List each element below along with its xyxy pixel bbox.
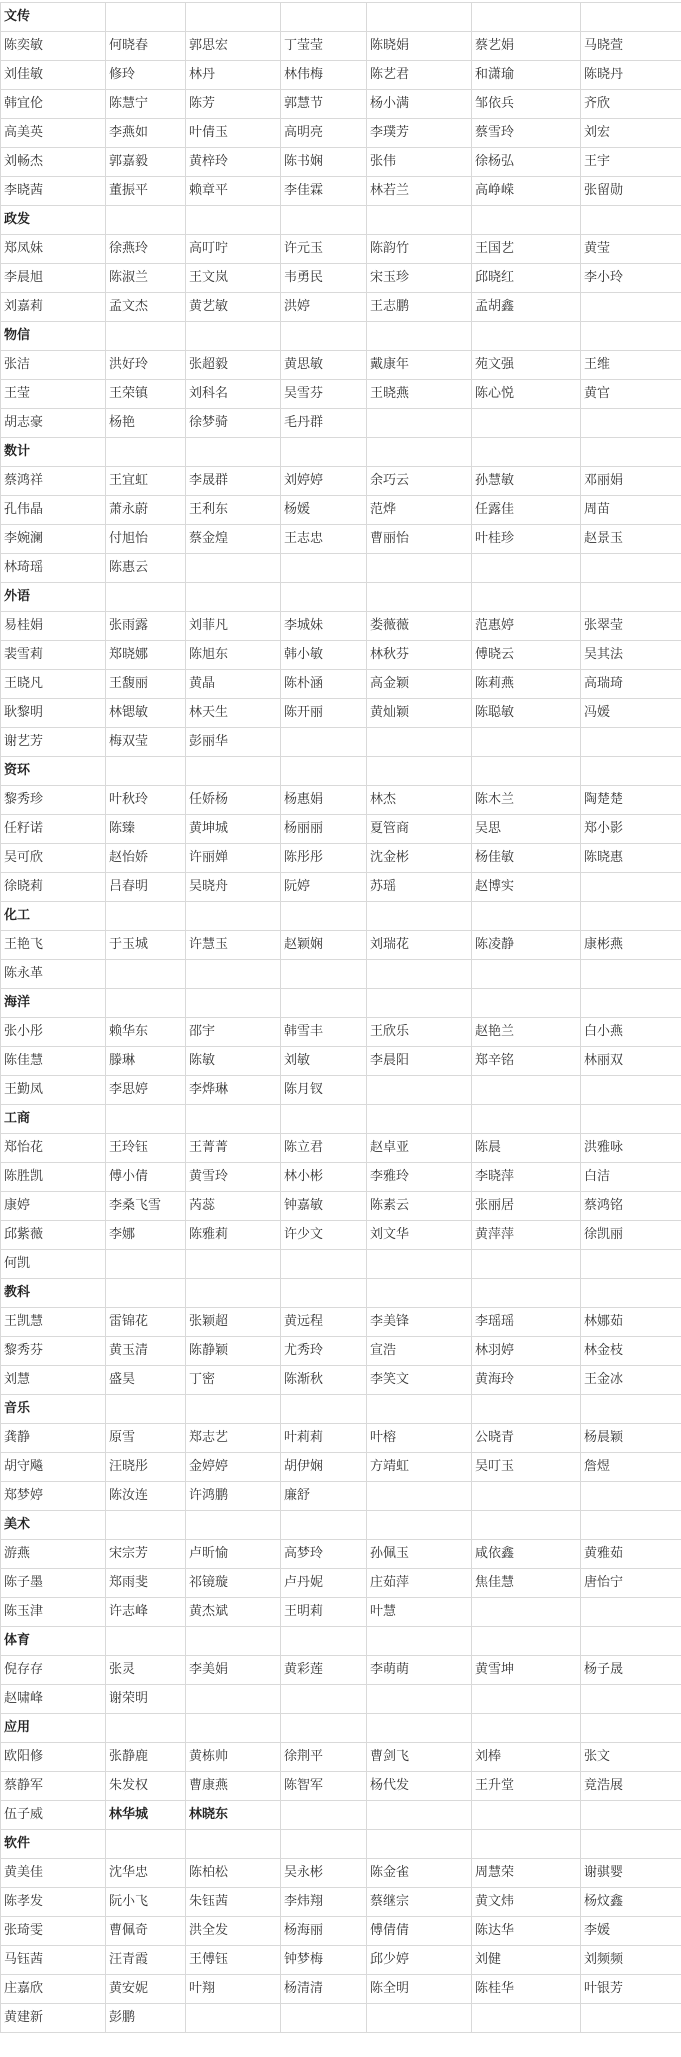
table-row: 易桂娟张雨露刘菲凡李城妹娄薇薇范惠婷张翠莹 <box>1 612 681 641</box>
empty-cell <box>106 206 186 235</box>
table-row: 蔡鸿祥王宜虹李晟群刘婷婷余巧云孙慧敏邓丽娟 <box>1 467 681 496</box>
name-cell: 陈开丽 <box>281 699 367 728</box>
empty-cell <box>106 1250 186 1279</box>
name-cell: 刘频频 <box>581 1946 681 1975</box>
empty-cell <box>106 583 186 612</box>
name-cell: 陈达华 <box>472 1917 581 1946</box>
table-row: 王晓凡王馥丽黄晶陈朴涵高金颖陈莉燕高瑞琦 <box>1 670 681 699</box>
name-cell: 黄梓玲 <box>186 148 281 177</box>
name-cell: 高明亮 <box>281 119 367 148</box>
name-cell: 徐燕玲 <box>106 235 186 264</box>
name-cell: 庄茹萍 <box>367 1569 472 1598</box>
name-cell: 黄玉清 <box>106 1337 186 1366</box>
name-cell: 余巧云 <box>367 467 472 496</box>
name-cell: 谢荣明 <box>106 1685 186 1714</box>
name-cell: 方靖虹 <box>367 1453 472 1482</box>
name-cell: 许少文 <box>281 1221 367 1250</box>
name-cell: 张颖超 <box>186 1308 281 1337</box>
empty-cell <box>186 757 281 786</box>
empty-cell <box>472 960 581 989</box>
name-cell: 梅双莹 <box>106 728 186 757</box>
section-title: 数计 <box>1 438 106 467</box>
name-cell: 陶楚楚 <box>581 786 681 815</box>
name-cell: 陈静颖 <box>186 1337 281 1366</box>
table-row: 刘畅杰郭嘉毅黄梓玲陈书娴张伟徐杨弘王宇 <box>1 148 681 177</box>
section-header-row: 海洋 <box>1 989 681 1018</box>
name-cell: 叶银芳 <box>581 1975 681 2004</box>
table-row: 倪存存张灵李美娟黄彩莲李萌萌黄雪坤杨子晟 <box>1 1656 681 1685</box>
name-cell: 陈全明 <box>367 1975 472 2004</box>
name-cell: 黄建新 <box>1 2004 106 2033</box>
table-row: 陈永革 <box>1 960 681 989</box>
empty-cell <box>581 409 681 438</box>
name-cell: 曹丽怡 <box>367 525 472 554</box>
empty-cell <box>367 206 472 235</box>
empty-cell <box>367 757 472 786</box>
roster-page: 文传陈奕敏何晓春郭思宏丁莹莹陈晓娟蔡艺娟马晓萱刘佳敏修玲林丹林伟梅陈艺君和潇瑜陈… <box>0 0 681 2057</box>
empty-cell <box>367 1076 472 1105</box>
name-cell: 陈素云 <box>367 1192 472 1221</box>
name-cell: 高峥嵘 <box>472 177 581 206</box>
section-title: 政发 <box>1 206 106 235</box>
name-cell: 焦佳慧 <box>472 1569 581 1598</box>
table-row: 陈胜凯傅小倩黄雪玲林小彬李雅玲李晓萍白洁 <box>1 1163 681 1192</box>
name-cell: 阮婷 <box>281 873 367 902</box>
name-cell: 胡伊娴 <box>281 1453 367 1482</box>
name-cell: 刘文华 <box>367 1221 472 1250</box>
empty-cell <box>106 989 186 1018</box>
section-title: 物信 <box>1 322 106 351</box>
name-cell: 陈旭东 <box>186 641 281 670</box>
empty-cell <box>281 1511 367 1540</box>
empty-cell <box>472 1395 581 1424</box>
name-cell: 郑雨斐 <box>106 1569 186 1598</box>
name-cell: 黄远程 <box>281 1308 367 1337</box>
name-cell: 娄薇薇 <box>367 612 472 641</box>
empty-cell <box>186 1830 281 1859</box>
empty-cell <box>367 322 472 351</box>
name-cell: 刘婷婷 <box>281 467 367 496</box>
name-cell: 邱紫薇 <box>1 1221 106 1250</box>
name-cell: 李萌萌 <box>367 1656 472 1685</box>
name-cell: 卢丹妮 <box>281 1569 367 1598</box>
table-row: 陈子墨郑雨斐祁镜璇卢丹妮庄茹萍焦佳慧唐怡宁 <box>1 1569 681 1598</box>
empty-cell <box>186 583 281 612</box>
name-cell: 孔伟晶 <box>1 496 106 525</box>
name-cell: 张留勋 <box>581 177 681 206</box>
empty-cell <box>186 1627 281 1656</box>
name-cell: 王升堂 <box>472 1772 581 1801</box>
empty-cell <box>367 3 472 32</box>
empty-cell <box>106 1279 186 1308</box>
empty-cell <box>186 3 281 32</box>
name-cell: 唐怡宁 <box>581 1569 681 1598</box>
name-cell: 陈佳慧 <box>1 1047 106 1076</box>
name-cell: 邓丽娟 <box>581 467 681 496</box>
section-header-row: 体育 <box>1 1627 681 1656</box>
name-cell: 吴思 <box>472 815 581 844</box>
name-cell: 蔡继宗 <box>367 1888 472 1917</box>
name-cell: 朱钰茜 <box>186 1888 281 1917</box>
empty-cell <box>367 1511 472 1540</box>
name-cell: 王凯慧 <box>1 1308 106 1337</box>
name-cell: 王傅钰 <box>186 1946 281 1975</box>
name-cell: 康彬燕 <box>581 931 681 960</box>
name-cell: 孙佩玉 <box>367 1540 472 1569</box>
name-cell: 滕琳 <box>106 1047 186 1076</box>
name-cell: 夏管商 <box>367 815 472 844</box>
name-cell: 郑小影 <box>581 815 681 844</box>
table-row: 黄美佳沈华忠陈柏松吴永彬陈金雀周慧荣谢骐婴 <box>1 1859 681 1888</box>
empty-cell <box>106 3 186 32</box>
name-cell: 宋玉珍 <box>367 264 472 293</box>
section-title: 化工 <box>1 902 106 931</box>
table-row: 谢艺芳梅双莹彭丽华 <box>1 728 681 757</box>
empty-cell <box>106 1627 186 1656</box>
name-cell: 赵卓亚 <box>367 1134 472 1163</box>
name-cell: 曹剑飞 <box>367 1743 472 1772</box>
name-cell: 汪青霞 <box>106 1946 186 1975</box>
name-cell: 盛昊 <box>106 1366 186 1395</box>
name-cell: 黄艺敏 <box>186 293 281 322</box>
name-cell: 黄雅茹 <box>581 1540 681 1569</box>
name-cell: 吴雪芬 <box>281 380 367 409</box>
name-cell: 郑晓娜 <box>106 641 186 670</box>
name-cell: 徐荆平 <box>281 1743 367 1772</box>
name-cell: 黄灿颖 <box>367 699 472 728</box>
name-cell: 董振平 <box>106 177 186 206</box>
table-row: 郑怡花王玲钰王菁菁陈立君赵卓亚陈晨洪雅咏 <box>1 1134 681 1163</box>
empty-cell <box>581 2004 681 2033</box>
table-row: 陈奕敏何晓春郭思宏丁莹莹陈晓娟蔡艺娟马晓萱 <box>1 32 681 61</box>
name-cell: 杨媛 <box>281 496 367 525</box>
empty-cell <box>281 1395 367 1424</box>
name-cell: 钟梦梅 <box>281 1946 367 1975</box>
name-cell: 许元玉 <box>281 235 367 264</box>
table-row: 邱紫薇李娜陈雅莉许少文刘文华黄萍萍徐凯丽 <box>1 1221 681 1250</box>
name-cell: 黄安妮 <box>106 1975 186 2004</box>
empty-cell <box>581 206 681 235</box>
empty-cell <box>367 1105 472 1134</box>
empty-cell <box>367 1801 472 1830</box>
name-cell: 易桂娟 <box>1 612 106 641</box>
name-cell: 杨海丽 <box>281 1917 367 1946</box>
table-row: 康婷李桑飞雪芮蕊钟嘉敏陈素云张丽居蔡鸿铭 <box>1 1192 681 1221</box>
name-cell: 陈朴涵 <box>281 670 367 699</box>
table-row: 耿黎明林锶敏林天生陈开丽黄灿颖陈聪敏冯媛 <box>1 699 681 728</box>
empty-cell <box>581 1511 681 1540</box>
table-row: 王勤凤李思婷李烨琳陈月钗 <box>1 1076 681 1105</box>
empty-cell <box>472 1830 581 1859</box>
empty-cell <box>472 1482 581 1511</box>
name-cell: 王志忠 <box>281 525 367 554</box>
empty-cell <box>472 1685 581 1714</box>
name-cell: 萧永蔚 <box>106 496 186 525</box>
name-cell: 沈金彬 <box>367 844 472 873</box>
name-cell: 王文岚 <box>186 264 281 293</box>
name-cell: 张洁 <box>1 351 106 380</box>
name-cell: 高叮咛 <box>186 235 281 264</box>
name-cell: 陈晓惠 <box>581 844 681 873</box>
empty-cell <box>367 728 472 757</box>
name-cell: 吴其法 <box>581 641 681 670</box>
empty-cell <box>581 583 681 612</box>
empty-cell <box>581 960 681 989</box>
empty-cell <box>186 1714 281 1743</box>
name-cell: 庄嘉欣 <box>1 1975 106 2004</box>
empty-cell <box>281 1714 367 1743</box>
empty-cell <box>281 2004 367 2033</box>
name-cell: 欧阳修 <box>1 1743 106 1772</box>
name-cell: 苏瑶 <box>367 873 472 902</box>
name-cell: 蔡金煌 <box>186 525 281 554</box>
name-cell: 邱少婷 <box>367 1946 472 1975</box>
name-cell: 许志峰 <box>106 1598 186 1627</box>
empty-cell <box>581 902 681 931</box>
name-cell: 叶榕 <box>367 1424 472 1453</box>
name-cell: 林丹 <box>186 61 281 90</box>
name-cell: 冯媛 <box>581 699 681 728</box>
name-cell: 谢骐婴 <box>581 1859 681 1888</box>
name-cell: 许丽婵 <box>186 844 281 873</box>
name-cell: 刘佳敏 <box>1 61 106 90</box>
empty-cell <box>281 3 367 32</box>
name-cell: 李美娟 <box>186 1656 281 1685</box>
empty-cell <box>186 206 281 235</box>
empty-cell <box>367 1482 472 1511</box>
name-cell: 徐晓莉 <box>1 873 106 902</box>
name-cell: 陈柏松 <box>186 1859 281 1888</box>
name-cell: 游燕 <box>1 1540 106 1569</box>
name-cell: 陈子墨 <box>1 1569 106 1598</box>
name-cell: 吴晓舟 <box>186 873 281 902</box>
name-cell: 刘菲凡 <box>186 612 281 641</box>
name-cell: 王晓燕 <box>367 380 472 409</box>
name-cell: 陈慧宁 <box>106 90 186 119</box>
table-row: 陈玉津许志峰黄杰斌王明莉叶慧 <box>1 1598 681 1627</box>
table-row: 黎秀珍叶秋玲任娇杨杨惠娟林杰陈木兰陶楚楚 <box>1 786 681 815</box>
name-cell: 蔡艺娟 <box>472 32 581 61</box>
name-cell: 郑志艺 <box>186 1424 281 1453</box>
name-cell: 卢昕愉 <box>186 1540 281 1569</box>
name-cell: 陈芳 <box>186 90 281 119</box>
empty-cell <box>106 902 186 931</box>
table-row: 庄嘉欣黄安妮叶翔杨清清陈全明陈桂华叶银芳 <box>1 1975 681 2004</box>
name-cell: 周苗 <box>581 496 681 525</box>
empty-cell <box>281 1801 367 1830</box>
name-cell: 陈玉津 <box>1 1598 106 1627</box>
empty-cell <box>472 1714 581 1743</box>
name-cell: 郑凤妹 <box>1 235 106 264</box>
table-row: 李婉澜付旭怡蔡金煌王志忠曹丽怡叶桂珍赵景玉 <box>1 525 681 554</box>
empty-cell <box>472 902 581 931</box>
name-cell: 林丽双 <box>581 1047 681 1076</box>
name-cell: 杨炆鑫 <box>581 1888 681 1917</box>
name-cell: 叶慧 <box>367 1598 472 1627</box>
name-cell: 胡志豪 <box>1 409 106 438</box>
section-header-row: 音乐 <box>1 1395 681 1424</box>
empty-cell <box>186 1279 281 1308</box>
section-header-row: 化工 <box>1 902 681 931</box>
empty-cell <box>581 438 681 467</box>
empty-cell <box>367 902 472 931</box>
name-cell: 王金冰 <box>581 1366 681 1395</box>
empty-cell <box>581 1627 681 1656</box>
name-cell: 陈敏 <box>186 1047 281 1076</box>
name-cell: 杨丽丽 <box>281 815 367 844</box>
name-cell: 洪好玲 <box>106 351 186 380</box>
name-cell: 陈立君 <box>281 1134 367 1163</box>
empty-cell <box>581 1105 681 1134</box>
table-row: 张琦雯曹佩奇洪全发杨海丽傅倩倩陈达华李媛 <box>1 1917 681 1946</box>
name-cell: 曹康燕 <box>186 1772 281 1801</box>
empty-cell <box>186 989 281 1018</box>
empty-cell <box>581 1801 681 1830</box>
name-cell: 叶莉莉 <box>281 1424 367 1453</box>
name-cell: 杨晨颖 <box>581 1424 681 1453</box>
empty-cell <box>367 1685 472 1714</box>
section-header-row: 教科 <box>1 1279 681 1308</box>
empty-cell <box>581 757 681 786</box>
name-cell: 白小燕 <box>581 1018 681 1047</box>
section-header-row: 软件 <box>1 1830 681 1859</box>
empty-cell <box>472 2004 581 2033</box>
name-cell: 杨佳敏 <box>472 844 581 873</box>
name-cell: 刘科名 <box>186 380 281 409</box>
name-cell: 赵颖娴 <box>281 931 367 960</box>
empty-cell <box>472 322 581 351</box>
empty-cell <box>281 1105 367 1134</box>
name-cell: 林伟梅 <box>281 61 367 90</box>
name-cell: 马钰茜 <box>1 1946 106 1975</box>
name-cell: 叶秋玲 <box>106 786 186 815</box>
empty-cell <box>581 1830 681 1859</box>
section-header-row: 美术 <box>1 1511 681 1540</box>
name-cell: 林天生 <box>186 699 281 728</box>
name-cell: 齐欣 <box>581 90 681 119</box>
empty-cell <box>472 583 581 612</box>
section-title: 工商 <box>1 1105 106 1134</box>
name-cell: 黄栋帅 <box>186 1743 281 1772</box>
empty-cell <box>367 438 472 467</box>
name-cell: 刘嘉莉 <box>1 293 106 322</box>
name-cell: 林若兰 <box>367 177 472 206</box>
empty-cell <box>581 989 681 1018</box>
table-row: 郑梦婷陈汝连许鸿鹏廉舒 <box>1 1482 681 1511</box>
name-cell: 李媛 <box>581 1917 681 1946</box>
name-cell: 孟文杰 <box>106 293 186 322</box>
name-cell: 李小玲 <box>581 264 681 293</box>
name-cell: 陈木兰 <box>472 786 581 815</box>
name-cell: 林晓东 <box>186 1801 281 1830</box>
name-cell: 韩雪丰 <box>281 1018 367 1047</box>
section-header-row: 政发 <box>1 206 681 235</box>
empty-cell <box>281 757 367 786</box>
name-cell: 王维 <box>581 351 681 380</box>
table-row: 林琦瑶陈惠云 <box>1 554 681 583</box>
empty-cell <box>281 989 367 1018</box>
section-header-row: 文传 <box>1 3 681 32</box>
name-cell: 李佳霖 <box>281 177 367 206</box>
name-cell: 邱晓红 <box>472 264 581 293</box>
table-row: 赵啸峰谢荣明 <box>1 1685 681 1714</box>
empty-cell <box>367 1714 472 1743</box>
name-cell: 林秋芬 <box>367 641 472 670</box>
name-cell: 黎秀珍 <box>1 786 106 815</box>
empty-cell <box>581 1250 681 1279</box>
table-row: 张小彤赖华东邵宇韩雪丰王欣乐赵艳兰白小燕 <box>1 1018 681 1047</box>
name-cell: 林金枝 <box>581 1337 681 1366</box>
empty-cell <box>186 554 281 583</box>
name-cell: 汪晓彤 <box>106 1453 186 1482</box>
name-cell: 陈金雀 <box>367 1859 472 1888</box>
name-cell: 龚静 <box>1 1424 106 1453</box>
empty-cell <box>281 206 367 235</box>
name-cell: 王宇 <box>581 148 681 177</box>
name-cell: 张文 <box>581 1743 681 1772</box>
empty-cell <box>581 1076 681 1105</box>
name-cell: 黄文炜 <box>472 1888 581 1917</box>
empty-cell <box>281 554 367 583</box>
name-cell: 任籽诺 <box>1 815 106 844</box>
empty-cell <box>186 1250 281 1279</box>
empty-cell <box>472 1105 581 1134</box>
name-cell: 任娇杨 <box>186 786 281 815</box>
empty-cell <box>281 728 367 757</box>
name-cell: 康婷 <box>1 1192 106 1221</box>
name-cell: 蔡雪玲 <box>472 119 581 148</box>
empty-cell <box>472 554 581 583</box>
name-cell: 洪全发 <box>186 1917 281 1946</box>
name-cell: 李婉澜 <box>1 525 106 554</box>
name-cell: 高美英 <box>1 119 106 148</box>
name-cell: 叶桂珍 <box>472 525 581 554</box>
empty-cell <box>367 1250 472 1279</box>
section-title: 文传 <box>1 3 106 32</box>
name-cell: 赖章平 <box>186 177 281 206</box>
name-cell: 洪雅咏 <box>581 1134 681 1163</box>
name-cell: 陈彤彤 <box>281 844 367 873</box>
name-cell: 詹煜 <box>581 1453 681 1482</box>
table-row: 郑凤妹徐燕玲高叮咛许元玉陈韵竹王国艺黄莹 <box>1 235 681 264</box>
name-cell: 林羽婷 <box>472 1337 581 1366</box>
name-cell: 朱发权 <box>106 1772 186 1801</box>
name-cell: 黎秀芬 <box>1 1337 106 1366</box>
empty-cell <box>581 1395 681 1424</box>
empty-cell <box>472 1076 581 1105</box>
name-cell: 黄雪玲 <box>186 1163 281 1192</box>
name-cell: 黄官 <box>581 380 681 409</box>
name-cell: 刘畅杰 <box>1 148 106 177</box>
name-cell: 刘健 <box>472 1946 581 1975</box>
name-cell: 蔡鸿祥 <box>1 467 106 496</box>
empty-cell <box>472 1511 581 1540</box>
table-row: 马钰茜汪青霞王傅钰钟梦梅邱少婷刘健刘频频 <box>1 1946 681 1975</box>
table-row: 陈佳慧滕琳陈敏刘敏李晨阳郑辛铭林丽双 <box>1 1047 681 1076</box>
empty-cell <box>106 960 186 989</box>
name-cell: 陈月钗 <box>281 1076 367 1105</box>
empty-cell <box>472 1279 581 1308</box>
name-cell: 李烨琳 <box>186 1076 281 1105</box>
empty-cell <box>472 1801 581 1830</box>
name-cell: 黄坤城 <box>186 815 281 844</box>
name-cell: 倪存存 <box>1 1656 106 1685</box>
name-cell: 徐梦骑 <box>186 409 281 438</box>
name-cell: 陈惠云 <box>106 554 186 583</box>
name-cell: 许鸿鹏 <box>186 1482 281 1511</box>
name-cell: 陈凌静 <box>472 931 581 960</box>
name-cell: 伍子威 <box>1 1801 106 1830</box>
